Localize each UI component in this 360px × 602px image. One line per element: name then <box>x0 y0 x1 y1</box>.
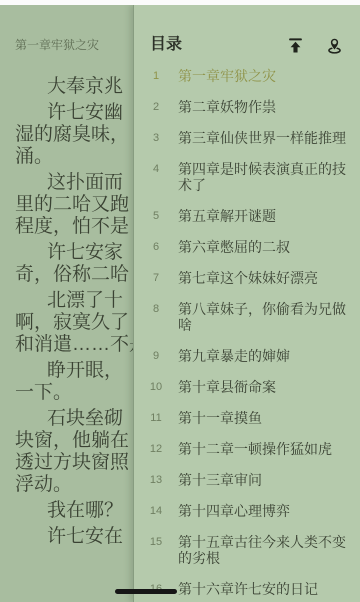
reader-text-line: 浮动。 <box>15 474 133 496</box>
reader-text-line: 北漂了十 <box>15 290 133 312</box>
reader-paragraph: 许七安在 <box>15 526 133 548</box>
chapter-title: 第六章憋屈的二叔 <box>178 239 350 255</box>
chapter-title: 第七章这个妹妹好漂亮 <box>178 270 350 286</box>
locate-current-chapter-icon[interactable] <box>325 36 344 55</box>
reader-text-line: 许七安在 <box>15 526 133 548</box>
reader-text-line: 啊，寂寞久了 <box>15 312 133 334</box>
chapter-number: 11 <box>134 410 178 426</box>
reader-text-line: 程度，怕不是 <box>15 216 133 238</box>
reader-text-line: 石块垒砌 <box>15 408 133 430</box>
reader-text-line: 睁开眼， <box>15 360 133 382</box>
toc-chapter-item[interactable]: 4第四章是时候表演真正的技术了 <box>134 154 360 201</box>
toc-chapter-list: 1第一章牢狱之灾2第二章妖物作祟3第三章仙侠世界一样能推理4第四章是时候表演真正… <box>134 61 360 602</box>
chapter-title: 第十二章一顿操作猛如虎 <box>178 441 350 457</box>
toc-chapter-item[interactable]: 16第十六章许七安的日记 <box>134 574 360 602</box>
chapter-number: 3 <box>134 130 178 146</box>
chapter-number: 2 <box>134 99 178 115</box>
reader-paragraph: 石块垒砌块窗，他躺在透过方块窗照浮动。 <box>15 408 133 496</box>
reader-paragraph: 大奉京兆 <box>15 76 133 98</box>
toc-chapter-item[interactable]: 15第十五章古往今来人类不变的劣根 <box>134 527 360 574</box>
reader-text-line: 涌。 <box>15 146 133 168</box>
chapter-title: 第四章是时候表演真正的技术了 <box>178 161 350 193</box>
home-indicator[interactable] <box>115 589 177 594</box>
chapter-number: 5 <box>134 208 178 224</box>
reader-text-line: 湿的腐臭味， <box>15 124 133 146</box>
toc-chapter-item[interactable]: 14第十四章心理博弈 <box>134 496 360 527</box>
toc-chapter-item[interactable]: 11第十一章摸鱼 <box>134 403 360 434</box>
chapter-number: 4 <box>134 161 178 177</box>
reader-text-line: 里的二哈又跑 <box>15 194 133 216</box>
reader-text-line: 和消遣……不是 <box>15 334 133 356</box>
chapter-number: 12 <box>134 441 178 457</box>
toc-title: 目录 <box>150 35 182 55</box>
chapter-number: 6 <box>134 239 178 255</box>
chapter-title: 第三章仙侠世界一样能推理 <box>178 130 350 146</box>
chapter-number: 9 <box>134 348 178 364</box>
chapter-title: 第十一章摸鱼 <box>178 410 350 426</box>
chapter-title: 第十六章许七安的日记 <box>178 581 350 597</box>
toc-chapter-item[interactable]: 9第九章暴走的婶婶 <box>134 341 360 372</box>
status-bar-area <box>0 0 360 5</box>
reader-text-line: 许七安幽 <box>15 102 133 124</box>
reader-page-scrim[interactable]: 第一章牢狱之灾 大奉京兆许七安幽湿的腐臭味，涌。这扑面而里的二哈又跑程度，怕不是… <box>0 5 133 602</box>
chapter-title: 第十四章心理博弈 <box>178 503 350 519</box>
reader-text-line: 块窗，他躺在 <box>15 430 133 452</box>
chapter-title: 第九章暴走的婶婶 <box>178 348 350 364</box>
app-screen: 第一章牢狱之灾 大奉京兆许七安幽湿的腐臭味，涌。这扑面而里的二哈又跑程度，怕不是… <box>0 0 360 602</box>
reader-paragraph: 睁开眼，一下。 <box>15 360 133 404</box>
reader-text-line: 透过方块窗照 <box>15 452 133 474</box>
toc-actions <box>286 36 344 55</box>
chapter-title: 第十五章古往今来人类不变的劣根 <box>178 534 350 566</box>
reader-paragraph: 许七安家奇，俗称二哈 <box>15 242 133 286</box>
reader-text-line: 大奉京兆 <box>15 76 133 98</box>
toc-chapter-item[interactable]: 6第六章憋屈的二叔 <box>134 232 360 263</box>
toc-chapter-item[interactable]: 3第三章仙侠世界一样能推理 <box>134 123 360 154</box>
chapter-title: 第二章妖物作祟 <box>178 99 350 115</box>
toc-chapter-item[interactable]: 8第八章妹子，你偷看为兄做啥 <box>134 294 360 341</box>
chapter-title: 第十三章审问 <box>178 472 350 488</box>
scroll-to-top-icon[interactable] <box>286 36 305 55</box>
reader-paragraph: 这扑面而里的二哈又跑程度，怕不是 <box>15 172 133 238</box>
chapter-number: 10 <box>134 379 178 395</box>
reader-paragraph: 我在哪？ <box>15 500 133 522</box>
reader-text-line: 奇，俗称二哈 <box>15 264 133 286</box>
chapter-number: 13 <box>134 472 178 488</box>
reader-text-line: 一下。 <box>15 382 133 404</box>
toc-chapter-item[interactable]: 10第十章县衙命案 <box>134 372 360 403</box>
chapter-number: 7 <box>134 270 178 286</box>
reader-chapter-header: 第一章牢狱之灾 <box>15 38 133 52</box>
reader-paragraph: 北漂了十啊，寂寞久了和消遣……不是 <box>15 290 133 356</box>
toc-header: 目录 <box>134 5 360 60</box>
chapter-number: 14 <box>134 503 178 519</box>
chapter-title: 第十章县衙命案 <box>178 379 350 395</box>
toc-chapter-item[interactable]: 5第五章解开谜题 <box>134 201 360 232</box>
toc-chapter-item[interactable]: 13第十三章审问 <box>134 465 360 496</box>
reader-text-line: 我在哪？ <box>15 500 133 522</box>
reader-text-line: 许七安家 <box>15 242 133 264</box>
chapter-title: 第一章牢狱之灾 <box>178 68 350 84</box>
chapter-title: 第五章解开谜题 <box>178 208 350 224</box>
toc-chapter-item[interactable]: 7第七章这个妹妹好漂亮 <box>134 263 360 294</box>
reader-text-line: 这扑面而 <box>15 172 133 194</box>
chapter-number: 15 <box>134 534 178 550</box>
chapter-number: 8 <box>134 301 178 317</box>
toc-chapter-item[interactable]: 2第二章妖物作祟 <box>134 92 360 123</box>
toc-drawer: 目录 1第一章牢狱之灾2第二章妖物作祟3第三章仙侠世界一样能推理4第四章是时候表… <box>133 5 360 602</box>
toc-chapter-item[interactable]: 1第一章牢狱之灾 <box>134 61 360 92</box>
reader-text: 大奉京兆许七安幽湿的腐臭味，涌。这扑面而里的二哈又跑程度，怕不是许七安家奇，俗称… <box>0 76 133 548</box>
chapter-number: 1 <box>134 68 178 84</box>
chapter-title: 第八章妹子，你偷看为兄做啥 <box>178 301 350 333</box>
reader-paragraph: 许七安幽湿的腐臭味，涌。 <box>15 102 133 168</box>
toc-chapter-item[interactable]: 12第十二章一顿操作猛如虎 <box>134 434 360 465</box>
